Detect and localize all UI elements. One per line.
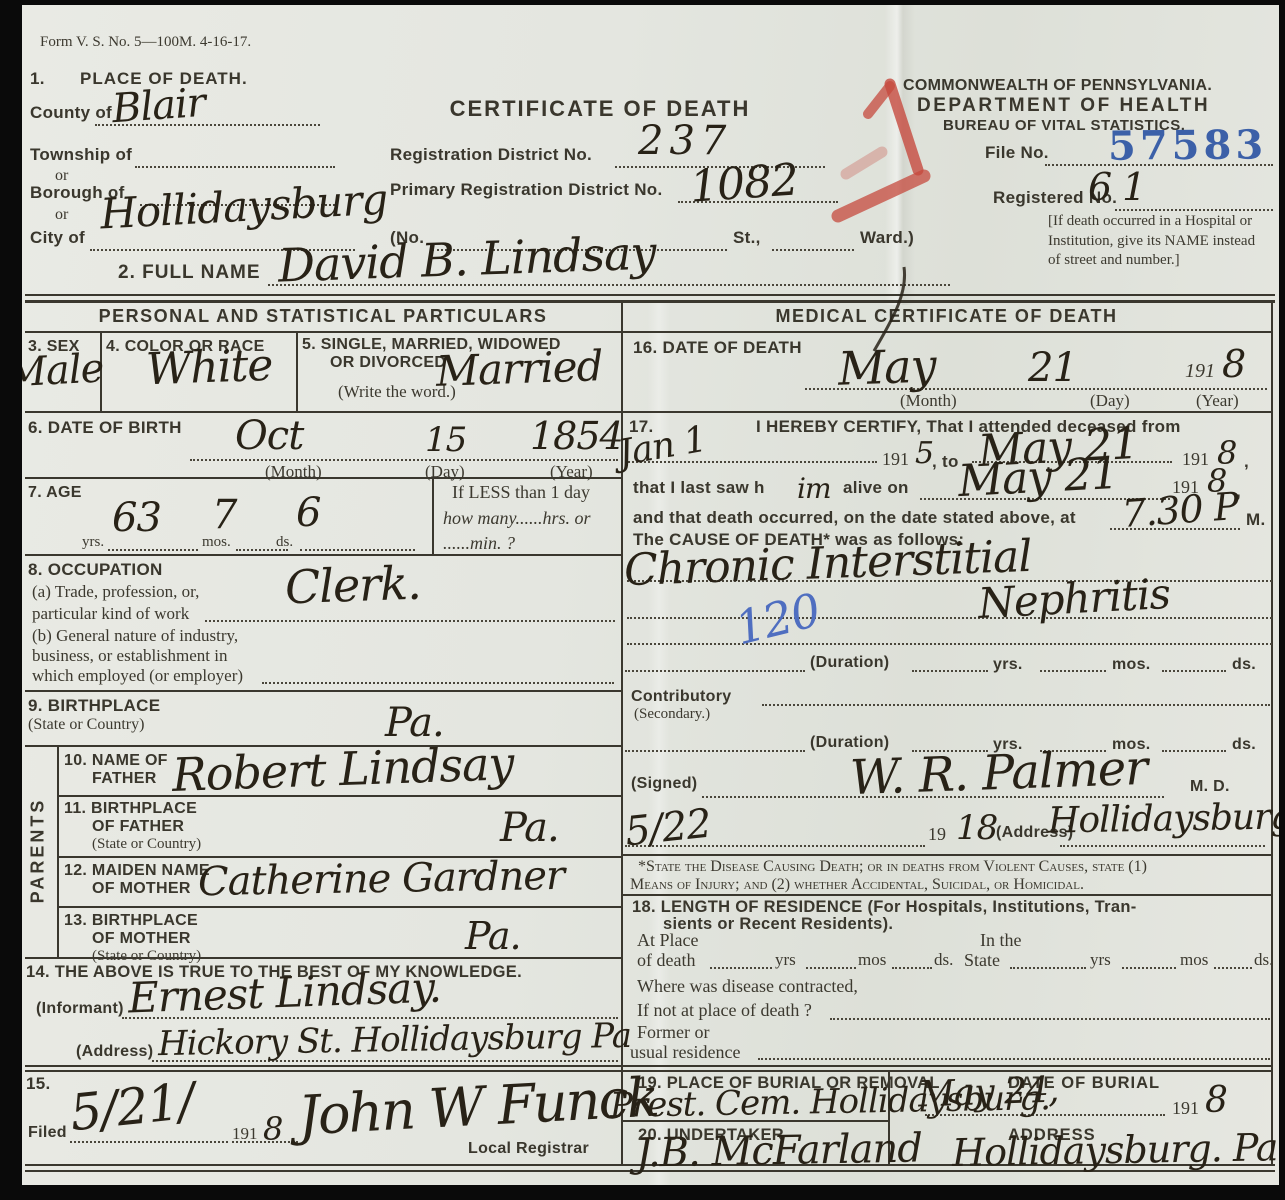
- age-yrs-value: 63: [112, 495, 161, 541]
- state-country-caption: (State or Country): [28, 716, 144, 734]
- date-of-burial-value: May 24,: [917, 1070, 1059, 1116]
- father-birthplace-label: OF FATHER: [92, 818, 184, 836]
- filed-year-printed: 191: [232, 1124, 258, 1144]
- signed-year-printed: 19: [928, 824, 946, 845]
- meridiem-label: M.: [1246, 510, 1265, 530]
- dot-leader: [806, 967, 856, 969]
- burial-year-value: 8: [1205, 1080, 1227, 1121]
- filed-label: Filed: [28, 1124, 67, 1142]
- death-year-value: 8: [1222, 342, 1245, 386]
- dot-leader: [912, 670, 988, 672]
- yrs-label: yrs: [1090, 950, 1111, 970]
- death-year-printed: 191: [1185, 360, 1215, 383]
- signature-flourish: [868, 265, 918, 355]
- of-death-label: of death: [637, 950, 695, 971]
- rule: [25, 331, 621, 333]
- birthplace-label: 9. BIRTHPLACE: [28, 696, 160, 716]
- yrs-label: yrs: [775, 950, 796, 970]
- file-no-stamp: 57583: [1108, 121, 1268, 169]
- last-saw-date-value: May 21: [957, 448, 1120, 507]
- signed-year-value: 18: [956, 808, 997, 848]
- less-than-day-note: ......min. ?: [443, 533, 515, 554]
- dot-leader: [135, 166, 335, 168]
- informant-address-value: Hickory St. Hollidaysburg Pa: [158, 1016, 632, 1064]
- occupation-value: Clerk.: [284, 556, 421, 615]
- primary-registration-label: Primary Registration District No.: [390, 180, 663, 200]
- section15-number: 15.: [26, 1074, 51, 1094]
- footnote: *State the Disease Causing Death; or in …: [638, 858, 1147, 876]
- rule: [621, 894, 1272, 896]
- mos-label: mos.: [1112, 656, 1151, 674]
- dot-leader: [625, 670, 805, 672]
- year-caption: (Year): [1196, 391, 1239, 411]
- rule: [25, 554, 621, 556]
- dot-leader: [1115, 209, 1273, 211]
- rule: [621, 331, 1272, 333]
- death-occurred-statement: and that death occurred, on the date sta…: [633, 508, 1076, 528]
- dot-leader: [300, 549, 415, 551]
- dot-leader: [1162, 750, 1226, 752]
- rule: [621, 1070, 1272, 1072]
- ds-label: ds.: [934, 950, 953, 970]
- dot-leader: [190, 459, 618, 461]
- hospital-note: [If death occurred in a Hospital or Inst…: [1048, 212, 1266, 271]
- scan-border: [0, 1185, 1285, 1200]
- dot-leader: [70, 1141, 228, 1143]
- rule: [25, 411, 621, 413]
- ds-label: ds.: [1254, 950, 1273, 970]
- dob-month-value: Oct: [235, 413, 303, 459]
- dot-leader: [1214, 967, 1252, 969]
- dot-leader: [627, 643, 1272, 645]
- dot-leader: [262, 682, 614, 684]
- from-year-value: 5: [915, 436, 933, 471]
- age-ds-label: ds.: [276, 534, 293, 551]
- dot-leader: [1122, 967, 1176, 969]
- dot-leader: [627, 617, 1272, 619]
- mother-name-label: 12. MAIDEN NAME: [64, 862, 210, 880]
- year-caption: (Year): [550, 462, 593, 482]
- ds-label: ds.: [1232, 656, 1256, 674]
- primary-registration-value: 1082: [688, 154, 799, 212]
- signed-date-value: 5/22: [623, 801, 713, 856]
- last-saw-statement: that I last saw h: [633, 478, 765, 498]
- occupation-a-label: (a) Trade, profession, or,: [32, 582, 199, 602]
- dot-leader: [108, 549, 198, 551]
- form-number: Form V. S. No. 5—100M. 4-16-17.: [40, 34, 251, 51]
- signed-label: (Signed): [631, 775, 697, 793]
- mother-birthplace-label: OF MOTHER: [92, 930, 191, 948]
- state-country-caption: (State or Country): [92, 836, 201, 853]
- from-year-printed: 191: [882, 449, 909, 470]
- less-than-day-note: how many......hrs. or: [443, 508, 591, 529]
- less-than-day-note: If LESS than 1 day: [452, 482, 590, 503]
- rule: [621, 1065, 1272, 1067]
- age-mos-value: 7: [212, 492, 236, 538]
- occupation-a-label: particular kind of work: [32, 604, 189, 624]
- right-border: [1271, 301, 1273, 1166]
- mother-birthplace-value: Pa.: [465, 914, 521, 958]
- parents-label: PARENTS: [28, 791, 49, 911]
- filed-year-value: 8: [263, 1110, 282, 1148]
- duration-label: (Duration): [810, 654, 889, 672]
- scan-border: [1279, 0, 1285, 1200]
- ds-label: ds.: [1232, 736, 1256, 754]
- dot-leader: [758, 1058, 1270, 1060]
- age-label: 7. AGE: [28, 484, 82, 502]
- or-word: or: [55, 206, 68, 224]
- death-day-value: 21: [1028, 345, 1077, 391]
- rule: [25, 1065, 621, 1067]
- dob-label: 6. DATE OF BIRTH: [28, 418, 182, 438]
- former-residence-label: Former or: [637, 1022, 709, 1043]
- date-of-death-label: 16. DATE OF DEATH: [633, 338, 802, 358]
- former-residence-label: usual residence: [630, 1042, 740, 1063]
- mos-label: mos: [1180, 950, 1208, 970]
- mother-name-label: OF MOTHER: [92, 880, 191, 898]
- yrs-label: yrs.: [993, 656, 1023, 674]
- dot-leader: [762, 704, 1270, 706]
- father-birthplace-value: Pa.: [500, 805, 559, 851]
- md-label: M. D.: [1190, 778, 1230, 796]
- dot-leader: [1010, 967, 1086, 969]
- contributory-label: Contributory: [631, 688, 731, 706]
- department-heading: DEPARTMENT OF HEALTH: [917, 95, 1210, 117]
- rule: [57, 906, 621, 908]
- to-year-printed: 191: [1182, 449, 1209, 470]
- cause-value: Nephritis: [977, 569, 1171, 628]
- commonwealth-heading: COMMONWEALTH OF PENNSYLVANIA.: [903, 77, 1212, 95]
- comma: ,: [1244, 452, 1249, 472]
- rule: [25, 690, 621, 692]
- age-yrs-label: yrs.: [82, 534, 104, 551]
- registration-district-value: 237: [638, 118, 732, 164]
- personal-section-title: PERSONAL AND STATISTICAL PARTICULARS: [25, 306, 621, 327]
- if-not-label: If not at place of death ?: [637, 1000, 812, 1021]
- month-caption: (Month): [900, 391, 957, 411]
- dot-leader: [205, 620, 615, 622]
- day-caption: (Day): [425, 462, 465, 482]
- rule: [25, 300, 1275, 303]
- cell-divider: [432, 477, 434, 554]
- age-ds-value: 6: [296, 490, 320, 536]
- dot-leader: [1040, 670, 1106, 672]
- month-caption: (Month): [265, 462, 322, 482]
- at-place-label: At Place: [637, 930, 698, 951]
- scan-border: [0, 0, 1285, 5]
- dob-day-value: 15: [425, 420, 466, 460]
- father-name-label: FATHER: [92, 770, 157, 788]
- to-label: , to: [932, 452, 959, 472]
- rule: [621, 411, 1272, 413]
- him-handwritten: im: [797, 472, 831, 505]
- dot-leader: [710, 967, 772, 969]
- full-name-label: 2. FULL NAME: [118, 262, 261, 284]
- registered-no-value: 61: [1088, 165, 1156, 209]
- race-value: White: [145, 340, 273, 395]
- dot-leader: [830, 1018, 1270, 1020]
- occupation-b-label: (b) General nature of industry,: [32, 626, 238, 646]
- death-certificate-scan: Form V. S. No. 5—100M. 4-16-17. 1. PLACE…: [0, 0, 1285, 1200]
- footnote: Means of Injury; and (2) whether Acciden…: [630, 876, 1084, 894]
- county-label: County of: [30, 103, 112, 123]
- informant-address-label: (Address): [76, 1043, 153, 1061]
- rule: [621, 854, 1272, 856]
- scan-border: [0, 0, 22, 1200]
- mos-label: mos: [858, 950, 886, 970]
- street-label: St.,: [733, 228, 761, 248]
- marital-value: Married: [435, 341, 603, 396]
- cell-divider: [296, 331, 298, 411]
- parents-divider: [57, 745, 59, 957]
- father-name-label: 10. NAME OF: [64, 752, 168, 770]
- dot-leader: [772, 249, 854, 251]
- medical-section-title: MEDICAL CERTIFICATE OF DEATH: [621, 306, 1272, 327]
- registration-district-label: Registration District No.: [390, 145, 592, 165]
- occupation-b-label: which employed (or employer): [32, 666, 243, 686]
- occupation-b-label: business, or establishment in: [32, 646, 227, 666]
- rule: [25, 477, 621, 479]
- rule: [25, 294, 1275, 296]
- occupation-label: 8. OCCUPATION: [28, 560, 163, 580]
- local-registrar-label: Local Registrar: [468, 1140, 589, 1158]
- dot-leader: [625, 750, 805, 752]
- death-time-value: 7.30 P: [1121, 484, 1240, 536]
- father-birthplace-label: 11. BIRTHPLACE: [64, 800, 197, 818]
- dot-leader: [1162, 670, 1226, 672]
- city-label: City of: [30, 228, 85, 248]
- in-the-label: In the: [980, 930, 1021, 951]
- mother-name-value: Catherine Gardner: [198, 853, 565, 905]
- dob-year-value: 1854: [530, 414, 623, 458]
- burial-year-printed: 191: [1172, 1098, 1199, 1119]
- informant-label: (Informant): [36, 1000, 124, 1018]
- marital-label: OR DIVORCED: [330, 354, 446, 372]
- secondary-caption: (Secondary.): [634, 706, 710, 723]
- dot-leader: [892, 967, 932, 969]
- undertaker-value: J.B. McFarland: [636, 1126, 923, 1177]
- mother-birthplace-label: 13. BIRTHPLACE: [64, 912, 198, 930]
- physician-signature: W. R. Palmer: [849, 740, 1148, 806]
- state-label: State: [964, 950, 1000, 971]
- county-value: Blair: [111, 80, 207, 132]
- undertaker-address-value: Hollidaysburg. Pa.: [952, 1125, 1285, 1175]
- day-caption: (Day): [1090, 391, 1130, 411]
- disease-contracted-label: Where was disease contracted,: [637, 976, 858, 997]
- dot-leader: [1060, 845, 1265, 847]
- alive-on-label: alive on: [843, 478, 909, 498]
- township-label: Township of: [30, 145, 132, 165]
- file-no-label: File No.: [985, 143, 1049, 163]
- physician-address-value: Hollidaysburg Pa: [1048, 795, 1285, 841]
- red-crayon-mark: [810, 68, 945, 233]
- section1-number: 1.: [30, 69, 45, 89]
